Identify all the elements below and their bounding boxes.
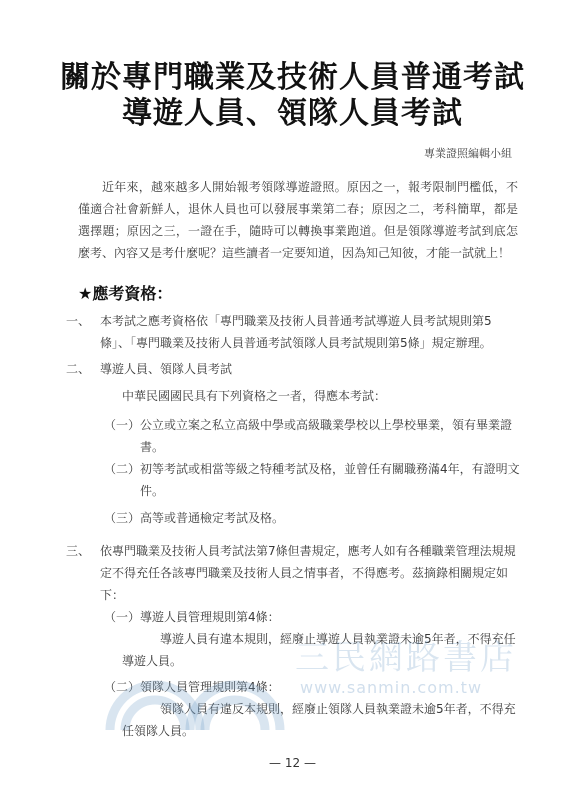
sub-item-text: 公立或立案之私立高級中學或高級職業學校以上學校畢業，領有畢業證書。 (140, 414, 522, 458)
sub-list-item: （二） 領隊人員管理規則第4條： (104, 676, 522, 698)
sub-item-marker: （二） (104, 458, 140, 502)
list-item: 一、 本考試之應考資格依「專門職業及技術人員普通考試導遊人員考試規則第5條」、「… (66, 310, 521, 354)
page-number: — 12 — (0, 756, 585, 770)
sub-list-item: （一） 公立或立案之私立高級中學或高級職業學校以上學校畢業，領有畢業證書。 (104, 414, 522, 458)
document-page: 關於專門職業及技術人員普通考試 導遊人員、領隊人員考試 專業證照編輯小組 近年來… (0, 0, 585, 800)
list-item: 二、 導遊人員、領隊人員考試 (66, 358, 521, 380)
sub-item-marker: （一） (104, 414, 140, 458)
item-text: 導遊人員、領隊人員考試 (100, 358, 521, 380)
sub-list-item: （二） 初等考試或相當等級之特種考試及格，並曾任有關職務滿4年，有證明文件。 (104, 458, 522, 502)
page-title-line-1: 關於專門職業及技術人員普通考試 (0, 60, 585, 96)
page-title-line-2: 導遊人員、領隊人員考試 (0, 96, 585, 132)
sub-item-text: 領隊人員管理規則第4條： (140, 676, 522, 698)
section-heading: ★應考資格： (78, 281, 172, 304)
intro-paragraph: 近年來，越來越多人開始報考領隊導遊證照。原因之一，報考限制門檻低，不僅適合社會新… (78, 176, 518, 264)
item-marker: 一、 (66, 310, 100, 354)
rule-body-text: 導遊人員有違本規則，經廢止導遊人員執業證未逾5年者，不得充任導遊人員。 (122, 628, 522, 672)
sub-list-item: （一） 導遊人員管理規則第4條： (104, 606, 522, 628)
sub-item-marker: （三） (104, 507, 140, 529)
sub-item-marker: （二） (104, 676, 140, 698)
sub-item-marker: （一） (104, 606, 140, 628)
sub-list-item: （三） 高等或普通檢定考試及格。 (104, 507, 522, 529)
item-marker: 三、 (66, 540, 100, 606)
sub-item-text: 初等考試或相當等級之特種考試及格，並曾任有關職務滿4年，有證明文件。 (140, 458, 522, 502)
sub-item-text: 導遊人員管理規則第4條： (140, 606, 522, 628)
sub-item-text: 高等或普通檢定考試及格。 (140, 507, 522, 529)
byline: 專業證照編輯小組 (424, 145, 512, 161)
item-marker: 二、 (66, 358, 100, 380)
item-lead-text: 中華民國國民具有下列資格之一者，得應本考試： (122, 385, 386, 407)
list-item: 三、 依專門職業及技術人員考試法第7條但書規定，應考人如有各種職業管理法規規定不… (66, 540, 521, 606)
rule-body-text: 領隊人員有違反本規則，經廢止領隊人員執業證未逾5年者，不得充任領隊人員。 (122, 698, 522, 742)
item-text: 依專門職業及技術人員考試法第7條但書規定，應考人如有各種職業管理法規規定不得充任… (100, 540, 521, 606)
item-text: 本考試之應考資格依「專門職業及技術人員普通考試導遊人員考試規則第5條」、「專門職… (100, 310, 521, 354)
